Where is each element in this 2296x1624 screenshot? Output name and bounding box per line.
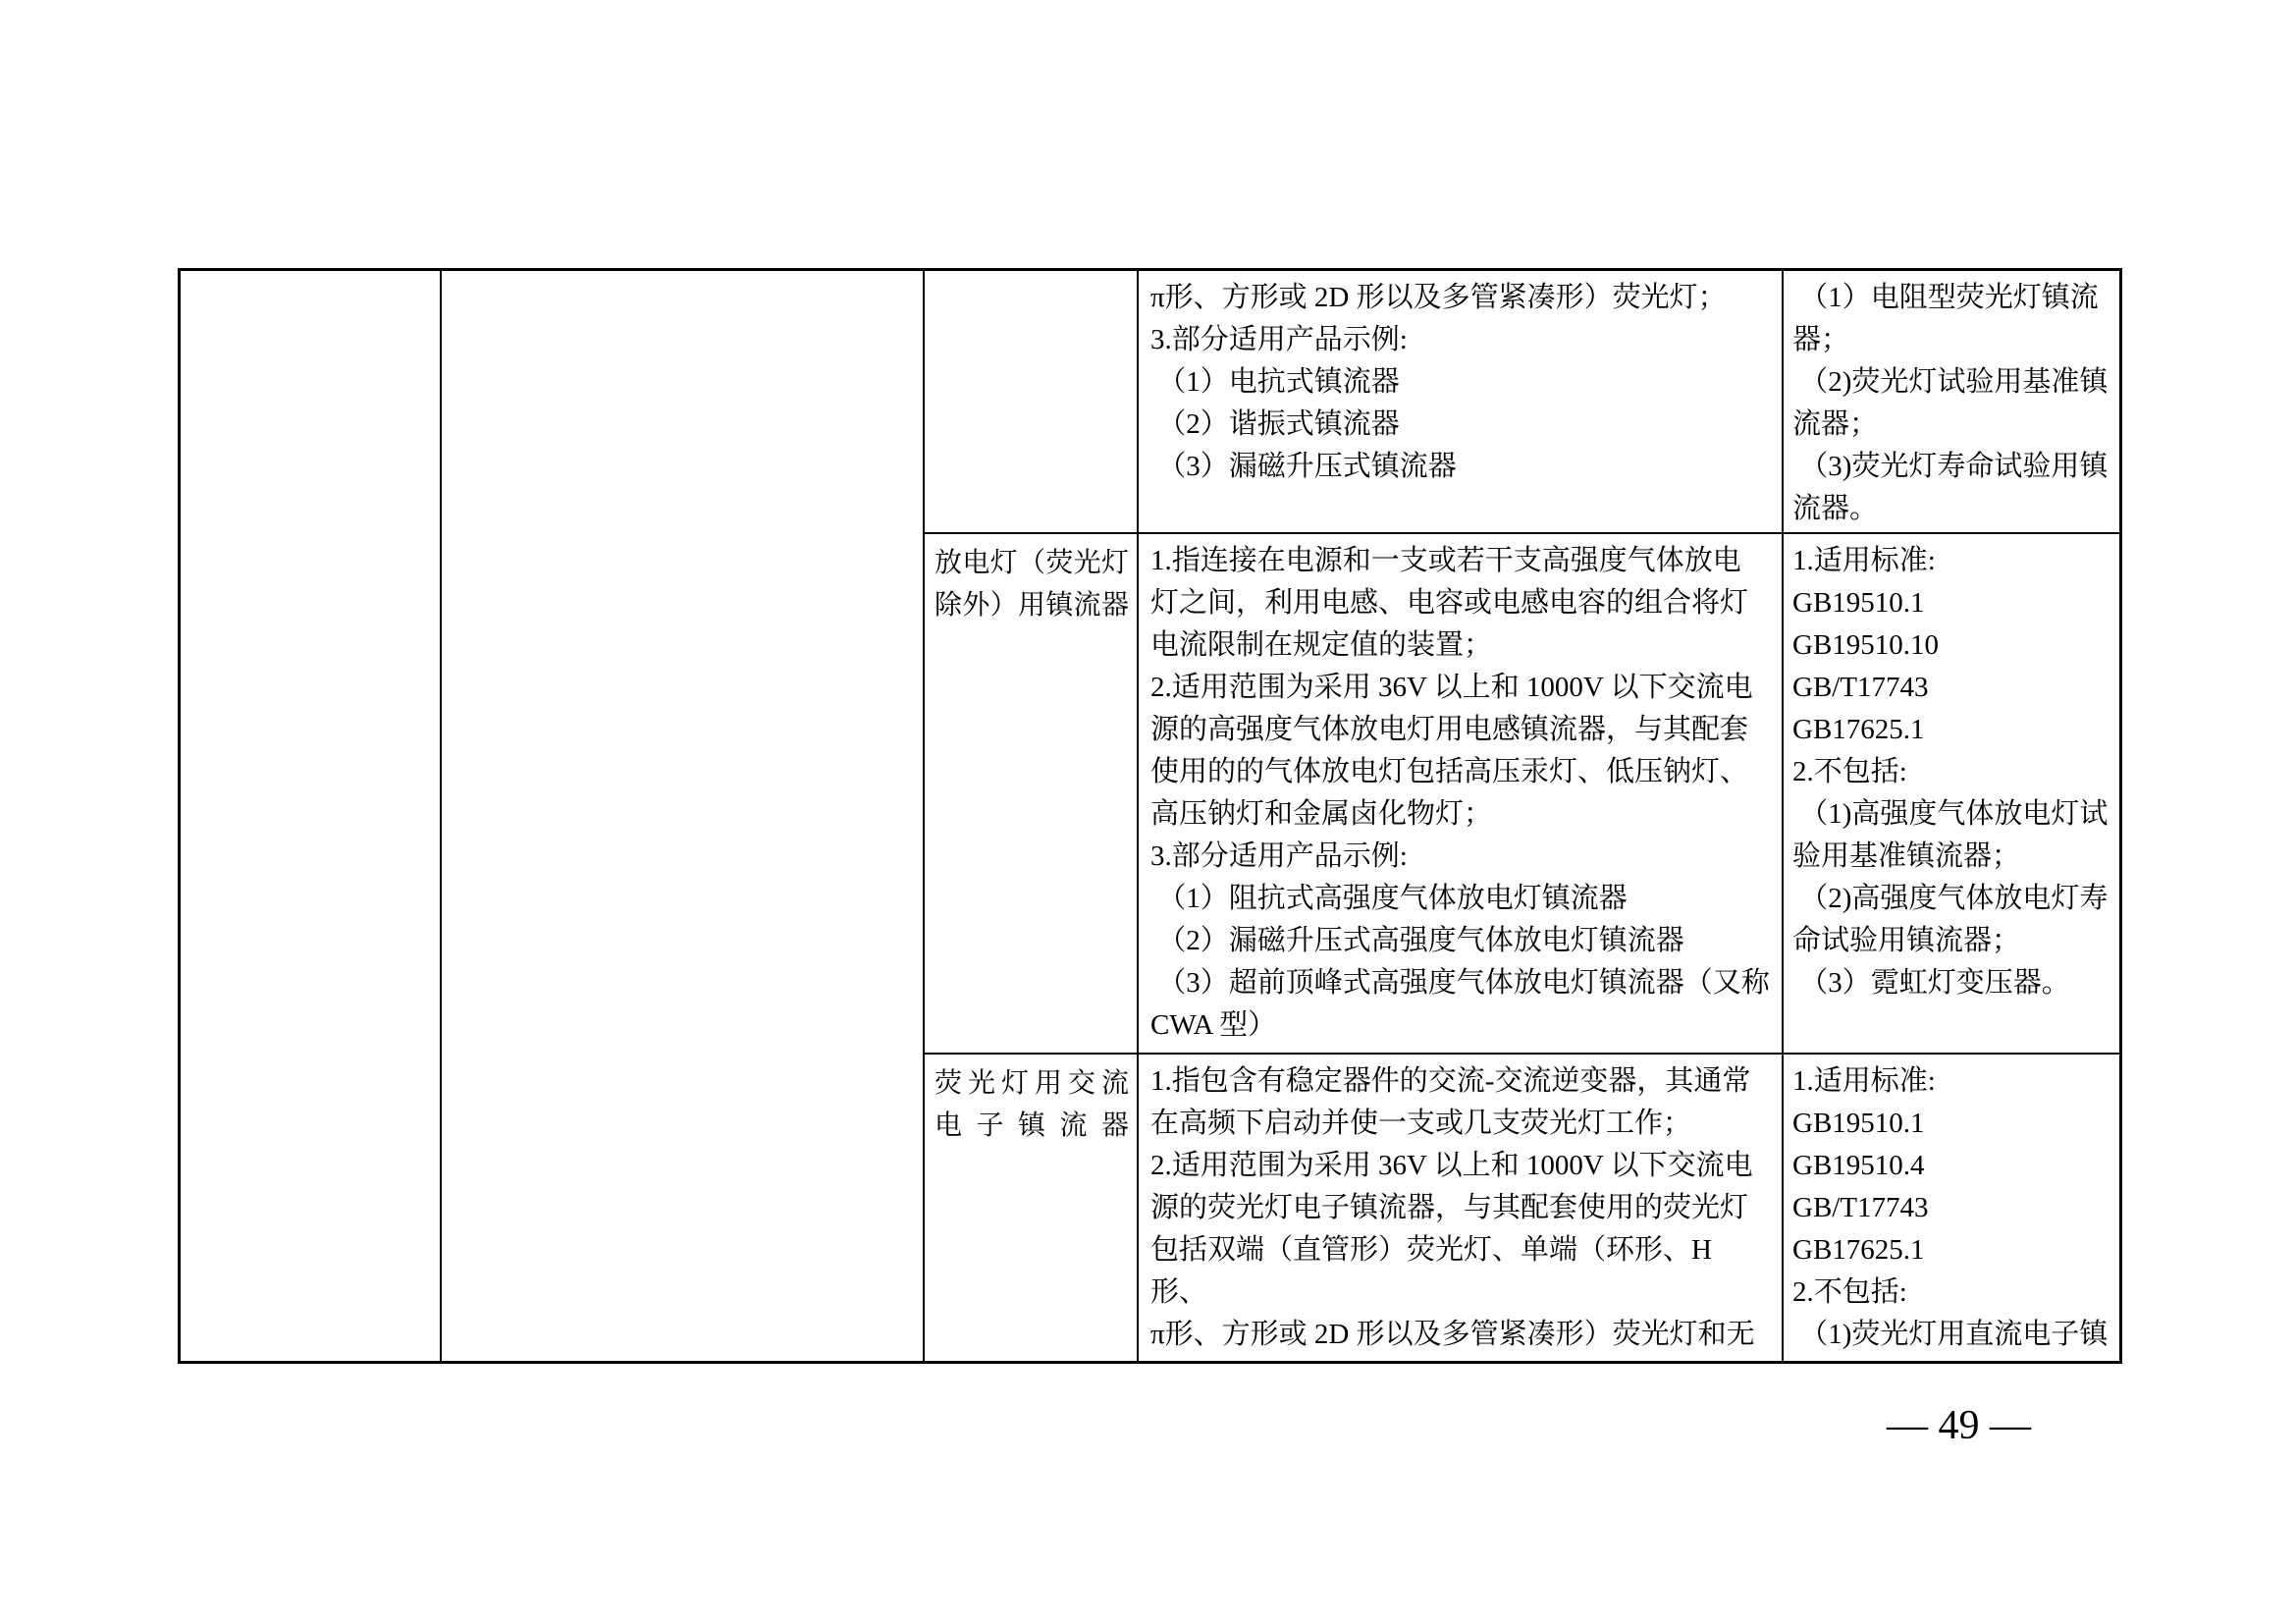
text-line: 1.适用标准:	[1792, 1060, 2113, 1103]
text-line: GB/T17743	[1792, 667, 2113, 709]
text-line: 源的高强度气体放电灯用电感镇流器，与其配套	[1150, 709, 1772, 751]
text-line: GB19510.4	[1792, 1145, 2113, 1187]
text-line: GB/T17743	[1792, 1187, 2113, 1229]
text-line: 器；	[1792, 319, 2113, 361]
text-line: 1.指连接在电源和一支或若干支高强度气体放电	[1150, 540, 1772, 582]
text-line: 电极荧光灯等；	[1150, 1356, 1772, 1361]
table-cell-product-row2: 放电灯（荧光灯除外）用镇流器	[925, 534, 1139, 1055]
text-line: 验用基准镇流器；	[1792, 836, 2113, 878]
text-line: 3.部分适用产品示例:	[1150, 319, 1772, 361]
text-line: 源的荧光灯电子镇流器，与其配套使用的荧光灯	[1150, 1187, 1772, 1229]
text-line: （2)高强度气体放电灯寿	[1792, 878, 2113, 920]
table-cell-standards-row3: 1.适用标准:GB19510.1GB19510.4GB/T17743GB1762…	[1784, 1055, 2119, 1361]
text-line: GB19510.10	[1792, 624, 2113, 667]
text-line: （1）阻抗式高强度气体放电灯镇流器	[1150, 878, 1772, 920]
text-line: 高压钠灯和金属卤化物灯；	[1150, 793, 1772, 836]
table-cell-description-row3: 1.指包含有稳定器件的交流-交流逆变器，其通常在高频下启动并使一支或几支荧光灯工…	[1139, 1055, 1784, 1361]
text-line: 荧光灯用交流	[934, 1062, 1129, 1105]
text-line: CWA 型）	[1150, 1004, 1772, 1047]
product-catalog-table: π形、方形或 2D 形以及多管紧凑形）荧光灯；3.部分适用产品示例: （1）电抗…	[178, 268, 2122, 1364]
text-line: π形、方形或 2D 形以及多管紧凑形）荧光灯和无	[1150, 1314, 1772, 1356]
page-number: — 49 —	[1887, 1402, 2031, 1449]
text-line: 在高频下启动并使一支或几支荧光灯工作；	[1150, 1103, 1772, 1145]
text-line: 命试验用镇流器；	[1792, 920, 2113, 962]
text-line: 使用的的气体放电灯包括高压汞灯、低压钠灯、	[1150, 751, 1772, 793]
text-line: 2.不包括:	[1792, 751, 2113, 793]
text-line: （2)荧光灯试验用基准镇	[1792, 361, 2113, 404]
text-line: 1.指包含有稳定器件的交流-交流逆变器，其通常	[1150, 1060, 1772, 1103]
text-line: （1)荧光灯用直流电子镇	[1792, 1314, 2113, 1356]
text-line: （1）电抗式镇流器	[1150, 361, 1772, 404]
text-line: GB17625.1	[1792, 1229, 2113, 1272]
table-cell-subcategory-continuation	[442, 271, 925, 1361]
text-line: 2.适用范围为采用 36V 以上和 1000V 以下交流电	[1150, 1145, 1772, 1187]
table-cell-product-row3: 荧光灯用交流电子镇流器	[925, 1055, 1139, 1361]
table-cell-standards-row2: 1.适用标准:GB19510.1GB19510.10GB/T17743GB176…	[1784, 534, 2119, 1055]
table-cell-description-row1: π形、方形或 2D 形以及多管紧凑形）荧光灯；3.部分适用产品示例: （1）电抗…	[1139, 271, 1784, 534]
text-line: π形、方形或 2D 形以及多管紧凑形）荧光灯；	[1150, 277, 1772, 319]
text-line: GB19510.1	[1792, 582, 2113, 624]
text-line: 电子镇流器	[934, 1105, 1129, 1147]
text-line: （3）超前顶峰式高强度气体放电灯镇流器（又称	[1150, 962, 1772, 1004]
text-line: （2）漏磁升压式高强度气体放电灯镇流器	[1150, 920, 1772, 962]
text-line: 2.不包括:	[1792, 1272, 2113, 1314]
text-line: 包括双端（直管形）荧光灯、单端（环形、H 形、	[1150, 1229, 1772, 1314]
table-cell-category-continuation	[181, 271, 442, 1361]
text-line: （3）漏磁升压式镇流器	[1150, 446, 1772, 488]
text-line: （3)荧光灯寿命试验用镇	[1792, 446, 2113, 488]
text-line: 灯之间，利用电感、电容或电感电容的组合将灯	[1150, 582, 1772, 624]
text-line: 3.部分适用产品示例:	[1150, 836, 1772, 878]
text-line: GB17625.1	[1792, 709, 2113, 751]
text-line: 2.适用范围为采用 36V 以上和 1000V 以下交流电	[1150, 667, 1772, 709]
text-line: （3）霓虹灯变压器。	[1792, 962, 2113, 1004]
table-cell-product-row1	[925, 271, 1139, 534]
text-line: （1)高强度气体放电灯试	[1792, 793, 2113, 836]
text-line: （1）电阻型荧光灯镇流	[1792, 277, 2113, 319]
text-line: 除外）用镇流器	[934, 584, 1129, 626]
text-line: （2）谐振式镇流器	[1150, 404, 1772, 446]
document-page: π形、方形或 2D 形以及多管紧凑形）荧光灯；3.部分适用产品示例: （1）电抗…	[0, 0, 2296, 1624]
text-line: 流器。	[1792, 488, 2113, 530]
text-line: GB19510.1	[1792, 1103, 2113, 1145]
text-line: 电流限制在规定值的装置；	[1150, 624, 1772, 667]
text-line: 放电灯（荧光灯	[934, 542, 1129, 584]
text-line: 1.适用标准:	[1792, 540, 2113, 582]
table-cell-description-row2: 1.指连接在电源和一支或若干支高强度气体放电灯之间，利用电感、电容或电感电容的组…	[1139, 534, 1784, 1055]
text-line: 流器；	[1792, 404, 2113, 446]
table-cell-standards-row1: （1）电阻型荧光灯镇流器； （2)荧光灯试验用基准镇流器； （3)荧光灯寿命试验…	[1784, 271, 2119, 534]
